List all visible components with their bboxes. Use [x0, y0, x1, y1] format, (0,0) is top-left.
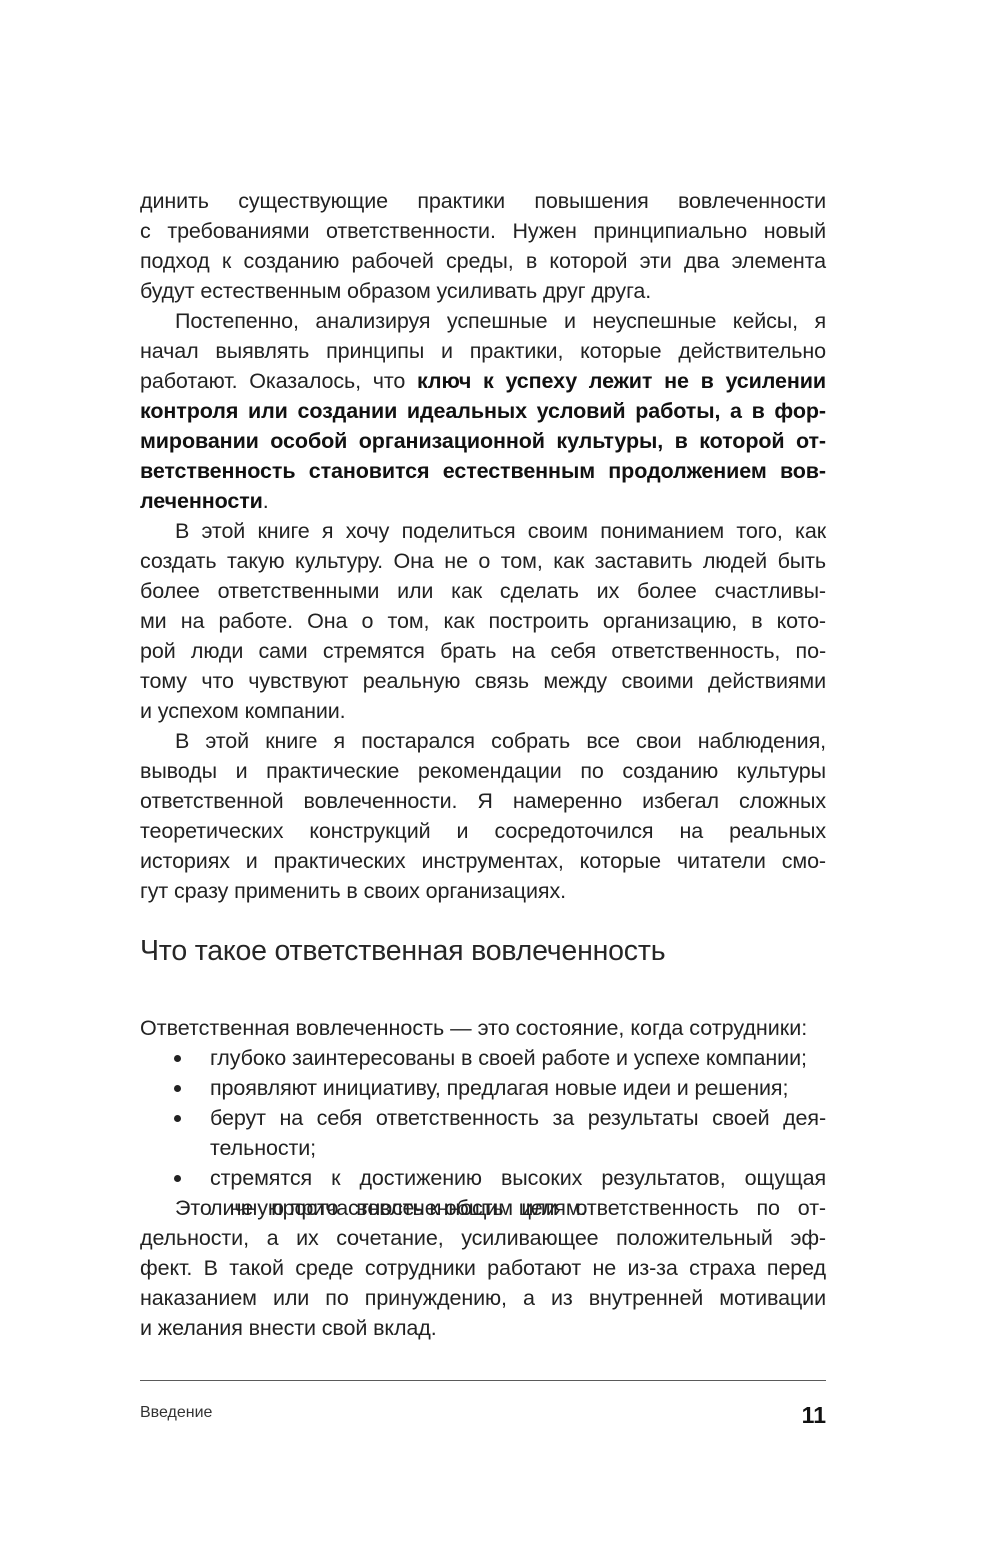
text-line: выводы и практические рекомендации по со… [140, 756, 826, 786]
text-line: фект. В такой среде сотрудники работают … [140, 1253, 826, 1283]
text-line: В этой книге я постарался собрать все св… [140, 726, 826, 756]
bold-emphasis: ключ к успеху лежит не в усилении [417, 369, 826, 393]
bold-emphasis: леченности [140, 489, 263, 513]
list-item: глубоко заинтересованы в своей работе и … [140, 1043, 826, 1073]
section-heading: Что такое ответственная вовлеченность [140, 933, 665, 969]
text-line: гут сразу применить в своих организациях… [140, 876, 826, 906]
text-line: берут на себя ответственность за результ… [210, 1103, 826, 1133]
text-line: создать такую культуру. Она не о том, ка… [140, 546, 826, 576]
bullet-icon [174, 1115, 181, 1122]
text-run: начал выявлять принципы и практики, кото… [140, 339, 826, 363]
footer-divider [140, 1380, 826, 1381]
text-line: более ответственными или как сделать их … [140, 576, 826, 606]
paragraph-2: Постепенно, анализируя успешные и неуспе… [140, 306, 826, 516]
text-line: стремятся к достижению высоких результат… [210, 1163, 826, 1193]
text-line: с требованиями ответственности. Нужен пр… [140, 216, 826, 246]
text-line: начал выявлять принципы и практики, кото… [140, 336, 826, 366]
bold-emphasis-line: контроля или создании идеальных условий … [140, 396, 826, 426]
bullet-icon [174, 1055, 181, 1062]
text-run: работают. Оказалось, что [140, 369, 417, 393]
bullet-icon [174, 1085, 181, 1092]
text-line: подход к созданию рабочей среды, в котор… [140, 246, 826, 276]
list-item: проявляют инициативу, предлагая новые ид… [140, 1073, 826, 1103]
text-line: наказанием или по принуждению, а из внут… [140, 1283, 826, 1313]
bullet-icon [174, 1175, 181, 1182]
text-line: ответственной вовлеченности. Я намеренно… [140, 786, 826, 816]
text-line: историях и практических инструментах, ко… [140, 846, 826, 876]
text-line: рой люди сами стремятся брать на себя от… [140, 636, 826, 666]
paragraph-closing: Это не просто вовлеченность или ответств… [140, 1193, 826, 1343]
section-intro: Ответственная вовлеченность — это состоя… [140, 1013, 826, 1043]
text-line: работают. Оказалось, что ключ к успеху л… [140, 366, 826, 396]
page-number: 11 [802, 1400, 826, 1430]
text-line: будут естественным образом усиливать дру… [140, 276, 826, 306]
text-line: глубоко заинтересованы в своей работе и … [210, 1043, 826, 1073]
paragraph-3: В этой книге я хочу поделиться своим пон… [140, 516, 826, 726]
text-line: леченности. [140, 486, 826, 516]
bold-emphasis-line: ветственность становится естественным пр… [140, 456, 826, 486]
text-run: Постепенно, анализируя успешные и неуспе… [175, 309, 826, 333]
text-run: . [263, 489, 269, 513]
bold-emphasis-line: мировании особой организационной культур… [140, 426, 826, 456]
list-item: берут на себя ответственность за результ… [140, 1103, 826, 1163]
text-line: и успехом компании. [140, 696, 826, 726]
text-line: тому что чувствуют реальную связь между … [140, 666, 826, 696]
book-page: динить существующие практики повышения в… [0, 0, 1000, 1552]
paragraph-1: динить существующие практики повышения в… [140, 186, 826, 306]
text-line: дельности, а их сочетание, усиливающее п… [140, 1223, 826, 1253]
text-line: Постепенно, анализируя успешные и неуспе… [140, 306, 826, 336]
text-line: и желания внести свой вклад. [140, 1313, 826, 1343]
text-line: динить существующие практики повышения в… [140, 186, 826, 216]
text-line: В этой книге я хочу поделиться своим пон… [140, 516, 826, 546]
text-line: тельности; [210, 1133, 826, 1163]
running-footer-chapter: Введение [140, 1402, 212, 1424]
paragraph-4: В этой книге я постарался собрать все св… [140, 726, 826, 906]
text-line: ми на работе. Она о том, как построить о… [140, 606, 826, 636]
text-line: проявляют инициативу, предлагая новые ид… [210, 1073, 826, 1103]
text-line: теоретических конструкций и сосредоточил… [140, 816, 826, 846]
text-line: Это не просто вовлеченность или ответств… [140, 1193, 826, 1223]
